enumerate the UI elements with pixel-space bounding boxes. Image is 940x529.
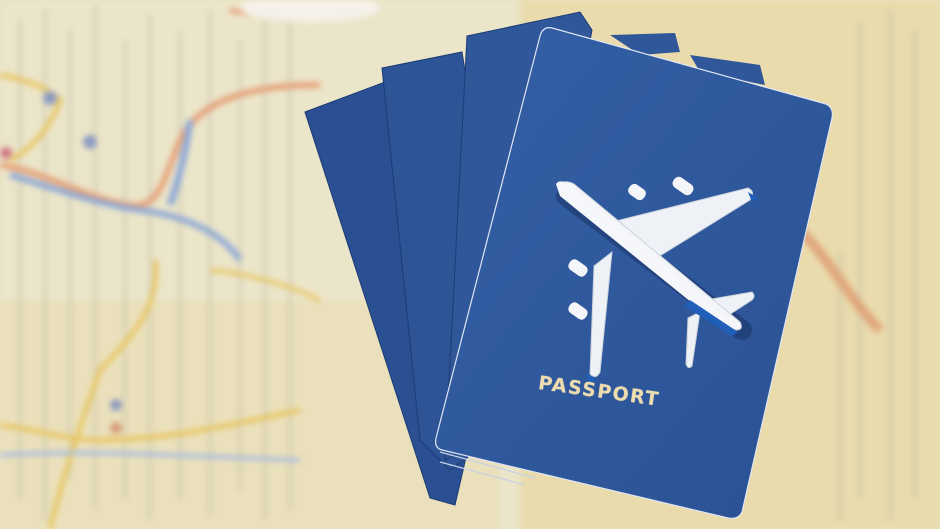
toy-airplane: [0, 0, 940, 529]
photo-scene: PASSPORT: [0, 0, 940, 529]
